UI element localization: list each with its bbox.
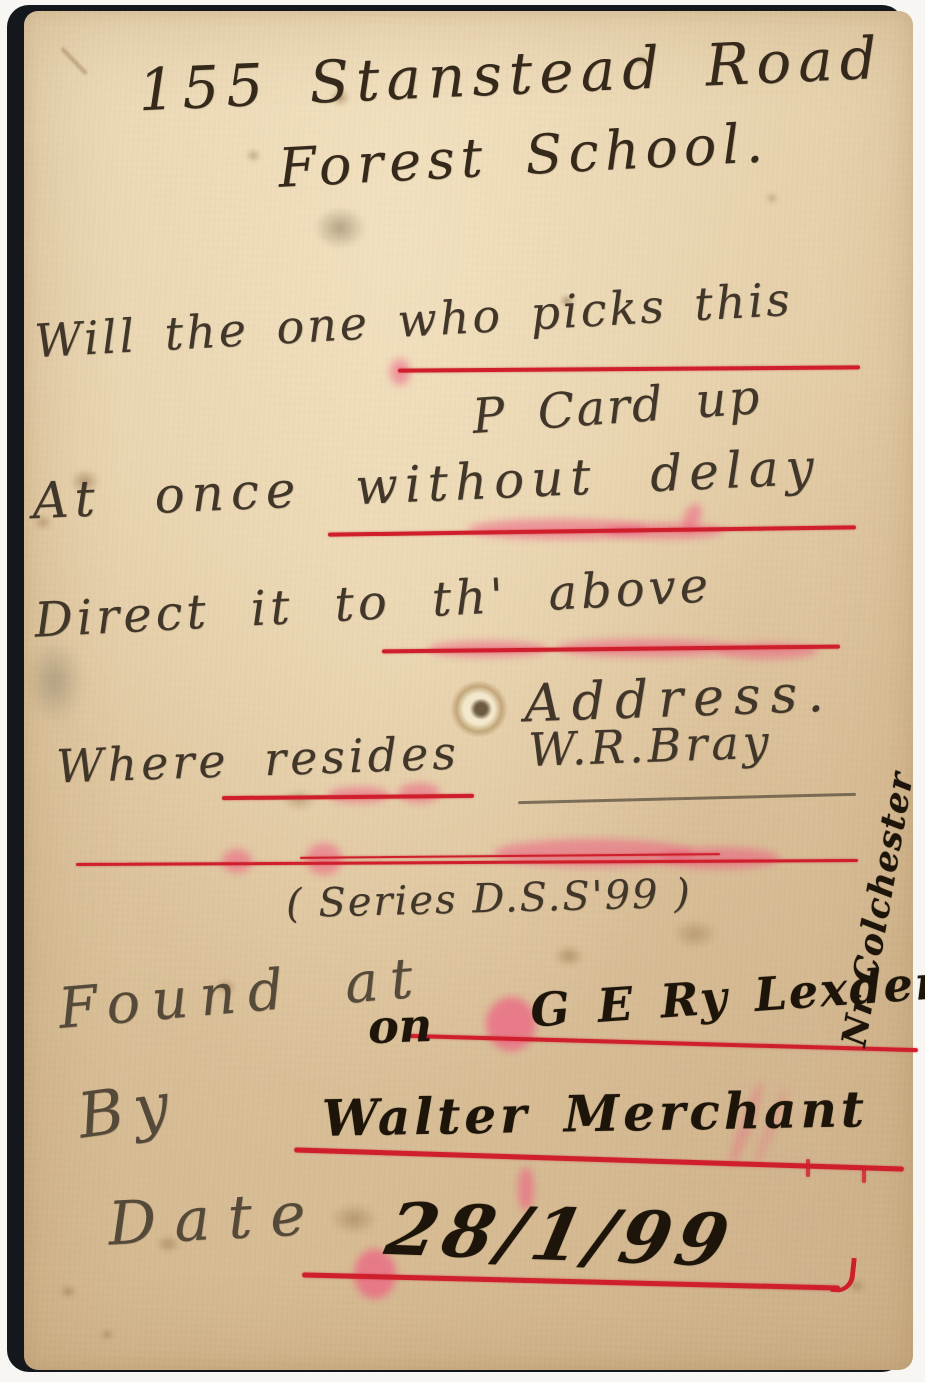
- message-line-4: Direct it to th' above: [33, 561, 713, 644]
- pink-smudge: [486, 997, 536, 1051]
- postcard: 155 Stanstead Road Forest School. Will t…: [24, 11, 913, 1370]
- addressee-name: W.R.Bray: [527, 715, 773, 777]
- red-underline-mark: [398, 365, 860, 372]
- stain: [314, 207, 366, 249]
- address-line-2: Forest School.: [277, 116, 770, 196]
- red-tick-mark: [806, 1159, 810, 1177]
- stain: [554, 945, 584, 967]
- stain: [60, 1285, 76, 1298]
- finder-name: Walter Merchant: [322, 1084, 869, 1144]
- scan-background: 155 Stanstead Road Forest School. Will t…: [0, 0, 925, 1382]
- by-label: By: [74, 1072, 182, 1147]
- pink-smudge: [306, 843, 342, 875]
- finder-red-underline-mark: [294, 1147, 904, 1171]
- series-note: ( Series D.S.S'99 ): [286, 874, 693, 925]
- message-line-3: At once without delay: [31, 442, 821, 526]
- message-line-2: P Card up: [471, 373, 763, 441]
- corner-crease: [60, 47, 88, 76]
- message-line-1: Will the one who picks this: [33, 276, 794, 364]
- date-value: 28/1/99: [381, 1193, 741, 1277]
- date-red-line-hook: [830, 1256, 857, 1294]
- stain: [330, 1203, 378, 1235]
- address-line-1: 155 Stanstead Road: [137, 29, 885, 119]
- pencil-underline-mark: [518, 793, 856, 804]
- red-tick-mark: [862, 1167, 866, 1183]
- paper-hole-center: [470, 699, 492, 719]
- stain: [246, 149, 261, 162]
- stain: [26, 639, 84, 723]
- stain: [766, 193, 778, 203]
- where-resides-line: Where resides W.R.Bray: [55, 719, 773, 790]
- pink-smudge: [398, 783, 440, 803]
- where-resides-text: Where resides: [55, 725, 460, 793]
- stain: [672, 919, 718, 949]
- pink-smudge: [222, 849, 252, 873]
- stain: [282, 789, 316, 811]
- stain: [100, 1329, 114, 1340]
- pink-smudge: [660, 847, 780, 869]
- date-label: Date: [107, 1183, 325, 1254]
- found-preposition: on: [367, 1002, 433, 1050]
